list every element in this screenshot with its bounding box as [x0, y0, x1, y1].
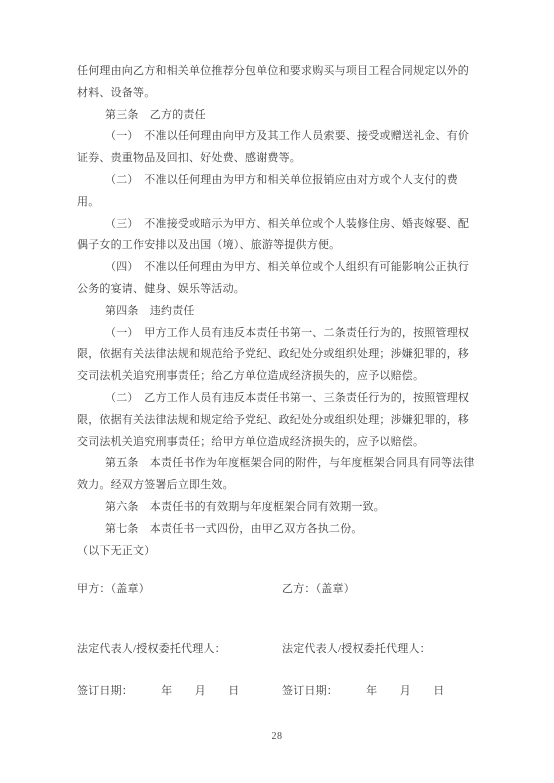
heading-article-4: 第四条 违约责任 [77, 301, 477, 323]
article-6: 第六条 本责任书的有效期与年度框架合同有效期一致。 [77, 497, 477, 519]
article-7: 第七条 本责任书一式四份，由甲乙双方各执二份。 [77, 519, 477, 541]
page-number: 28 [0, 731, 554, 742]
clause-3-item-2: （二） 不准以任何理由为甲方和相关单位报销应由对方或个人支付的费用。 [77, 170, 477, 214]
clause-3-item-4: （四） 不准以任何理由为甲方、相关单位或个人组织有可能影响公正执行公务的宴请、健… [77, 257, 477, 301]
document-body: 任何理由向乙方和相关单位推荐分包单位和要求购买与项目工程合同规定以外的材料、设备… [0, 0, 554, 703]
clause-4-item-1: （一） 甲方工作人员有违反本责任书第一、二条责任行为的，按照管理权限，依据有关法… [77, 323, 477, 388]
signature-representative-row: 法定代表人/授权委托代理人： 法定代表人/授权委托代理人： [77, 639, 477, 661]
heading-article-3: 第三条 乙方的责任 [77, 105, 477, 127]
article-5: 第五条 本责任书作为年度框架合同的附件，与年度框架合同具有同等法律效力。经双方签… [77, 453, 477, 497]
party-b-representative-line: 法定代表人/授权委托代理人： [282, 639, 477, 661]
end-of-text-note: （以下无正文） [77, 541, 477, 563]
party-b-date-line: 签订日期： 年 月 日 [282, 681, 477, 703]
party-a-date-line: 签订日期： 年 月 日 [77, 681, 282, 703]
signature-date-row: 签订日期： 年 月 日 签订日期： 年 月 日 [77, 681, 477, 703]
clause-4-item-2: （二） 乙方工作人员有违反本责任书第一、三条责任行为的，按照管理权限，依据有关法… [77, 388, 477, 453]
clause-3-item-3: （三） 不准接受或暗示为甲方、相关单位或个人装修住房、婚丧嫁娶、配偶子女的工作安… [77, 214, 477, 258]
clause-3-item-1: （一） 不准以任何理由向甲方及其工作人员索要、接受或赠送礼金、有价证券、贵重物品… [77, 126, 477, 170]
party-a-seal-line: 甲方：（盖章） [77, 579, 282, 601]
party-b-seal-line: 乙方：（盖章） [282, 579, 477, 601]
paragraph-continuation: 任何理由向乙方和相关单位推荐分包单位和要求购买与项目工程合同规定以外的材料、设备… [77, 61, 477, 105]
document-page: 任何理由向乙方和相关单位推荐分包单位和要求购买与项目工程合同规定以外的材料、设备… [0, 0, 554, 783]
signature-seal-row: 甲方：（盖章） 乙方：（盖章） [77, 579, 477, 601]
party-a-representative-line: 法定代表人/授权委托代理人： [77, 639, 282, 661]
